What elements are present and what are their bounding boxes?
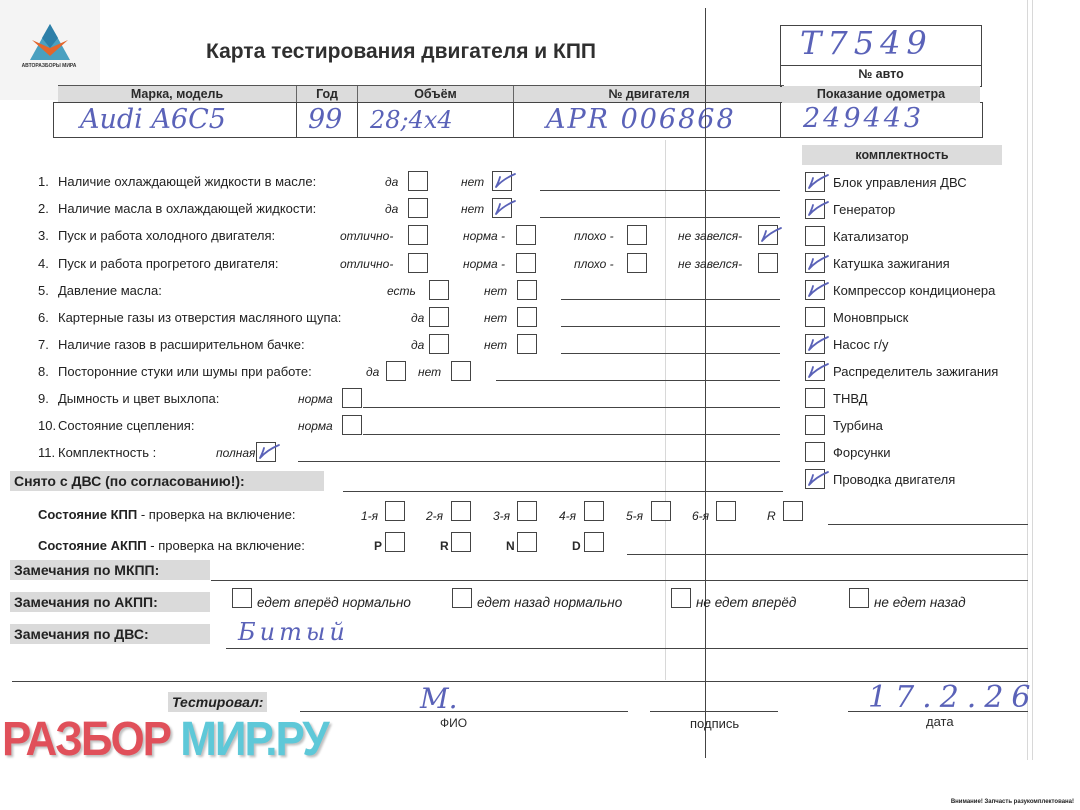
check-6-option-2-checkbox[interactable] — [517, 307, 537, 327]
date-label: дата — [926, 714, 954, 729]
check-number: 10. — [38, 418, 58, 433]
completeness-item: Распределитель зажигания — [833, 364, 998, 379]
akpp-gear-label: P — [374, 539, 382, 553]
signature-line[interactable] — [650, 711, 778, 712]
gear-label: 1-я — [361, 509, 378, 523]
kpp-gear-3-checkbox[interactable] — [517, 501, 537, 521]
check-number: 4. — [38, 256, 58, 271]
check-8-option-2-checkbox[interactable] — [451, 361, 471, 381]
check-3-option-1-checkbox[interactable] — [408, 225, 428, 245]
option-label: да — [385, 175, 398, 189]
option-label: нет — [484, 311, 507, 325]
completeness-item: Моновпрыск — [833, 310, 908, 325]
odometer-value[interactable]: 249443 — [803, 103, 924, 134]
col-volume: Объём — [358, 86, 513, 103]
akpp-remark-label: не едет назад — [874, 595, 966, 610]
signature-label: подпись — [690, 716, 739, 731]
check-row-3: 3.Пуск и работа холодного двигателя: — [38, 228, 275, 243]
check-5-option-1-checkbox[interactable] — [429, 280, 449, 300]
akpp-remark-4-checkbox[interactable] — [849, 588, 869, 608]
completeness-item: Форсунки — [833, 445, 890, 460]
fold-line — [705, 8, 706, 758]
option-label: норма — [298, 392, 333, 406]
check-notes-line[interactable] — [298, 461, 780, 462]
option-label: нет — [484, 284, 507, 298]
akpp-remark-3-checkbox[interactable] — [671, 588, 691, 608]
akpp-gear-label: D — [572, 539, 581, 553]
option-label: норма - — [463, 229, 505, 243]
completeness-item: Турбина — [833, 418, 883, 433]
completeness-checkbox-10[interactable] — [805, 415, 825, 435]
watermark-red: РАЗБОР — [2, 712, 170, 766]
check-1-option-1-checkbox[interactable] — [408, 171, 428, 191]
check-label: Наличие охлаждающей жидкости в масле: — [58, 174, 316, 189]
check-number: 9. — [38, 391, 58, 406]
check-number: 3. — [38, 228, 58, 243]
check-notes-line[interactable] — [540, 190, 780, 191]
check-number: 2. — [38, 201, 58, 216]
logo-text: АВТОРАЗБОРЫ МИРА — [14, 63, 84, 69]
kpp-gear-6-checkbox[interactable] — [716, 501, 736, 521]
removed-line[interactable] — [343, 491, 783, 492]
kpp-gear-1-checkbox[interactable] — [385, 501, 405, 521]
col-engine-number: № двигателя — [514, 86, 784, 103]
check-row-11: 11.Комплектность : — [38, 445, 156, 460]
watermark: РАЗБОР МИР.РУ — [2, 712, 328, 767]
completeness-title: комплектность — [802, 145, 1002, 165]
option-label: нет — [418, 365, 441, 379]
fio-label: ФИО — [440, 716, 467, 730]
gear-label: 2-я — [426, 509, 443, 523]
check-label: Комплектность : — [58, 445, 156, 460]
option-label: нет — [461, 175, 484, 189]
check-4-option-2-checkbox[interactable] — [516, 253, 536, 273]
akpp-remark-label: едет вперёд нормально — [257, 595, 411, 610]
option-label: норма - — [463, 257, 505, 271]
option-label: нет — [484, 338, 507, 352]
check-7-option-1-checkbox[interactable] — [429, 334, 449, 354]
warning-text: Внимание! Запчасть разукомплектована! — [951, 799, 1074, 805]
option-label: да — [411, 311, 424, 325]
akpp-remarks-label: Замечания по АКПП: — [10, 592, 210, 612]
fio-line[interactable] — [300, 711, 628, 712]
tested-by-label: Тестировал: — [168, 692, 267, 712]
akpp-gear-2-checkbox[interactable] — [451, 532, 471, 552]
check-number: 8. — [38, 364, 58, 379]
check-row-6: 6.Картерные газы из отверстия масляного … — [38, 310, 341, 325]
option-label: отлично- — [340, 229, 393, 243]
kpp-gear-4-checkbox[interactable] — [584, 501, 604, 521]
watermark-blue: МИР.РУ — [180, 712, 327, 766]
check-notes-line[interactable] — [561, 326, 780, 327]
check-row-10: 10.Состояние сцепления: — [38, 418, 194, 433]
completeness-checkbox-8[interactable] — [805, 361, 825, 381]
check-notes-line[interactable] — [496, 380, 780, 381]
check-notes-line[interactable] — [363, 407, 780, 408]
check-label: Наличие газов в расширительном бачке: — [58, 337, 305, 352]
option-label: плохо - — [574, 229, 614, 243]
removed-label: Снято с ДВС (по согласованию!): — [10, 471, 324, 491]
check-row-7: 7.Наличие газов в расширительном бачке: — [38, 337, 305, 352]
volume-value[interactable]: 28;4x4 — [370, 106, 453, 134]
option-label: да — [366, 365, 379, 379]
check-row-2: 2.Наличие масла в охлаждающей жидкости: — [38, 201, 316, 216]
check-row-9: 9.Дымность и цвет выхлопа: — [38, 391, 219, 406]
check-notes-line[interactable] — [363, 434, 780, 435]
completeness-checkbox-5[interactable] — [805, 280, 825, 300]
check-1-option-2-checkbox[interactable] — [492, 171, 512, 191]
check-3-option-3-checkbox[interactable] — [627, 225, 647, 245]
kpp-notes-line[interactable] — [828, 524, 1028, 525]
page-title: Карта тестирования двигателя и КПП — [206, 40, 596, 64]
engine-number-value[interactable]: APR 006868 — [546, 104, 736, 135]
check-3-option-2-checkbox[interactable] — [516, 225, 536, 245]
akpp-gear-4-checkbox[interactable] — [584, 532, 604, 552]
dvs-remarks-line[interactable] — [226, 648, 1028, 649]
check-4-option-1-checkbox[interactable] — [408, 253, 428, 273]
kpp-label: Состояние КПП - проверка на включение: — [38, 507, 295, 522]
check-row-4: 4.Пуск и работа прогретого двигателя: — [38, 256, 278, 271]
check-9-option-1-checkbox[interactable] — [342, 388, 362, 408]
completeness-checkbox-1[interactable] — [805, 172, 825, 192]
completeness-item: Генератор — [833, 202, 895, 217]
kpp-gear-7-checkbox[interactable] — [783, 501, 803, 521]
logo-mountain-icon — [28, 22, 72, 62]
check-row-8: 8.Посторонние стуки или шумы при работе: — [38, 364, 312, 379]
check-4-option-3-checkbox[interactable] — [627, 253, 647, 273]
option-label: да — [385, 202, 398, 216]
akpp-notes-line[interactable] — [627, 554, 1028, 555]
fio-value[interactable]: М. — [420, 682, 458, 715]
option-label: плохо - — [574, 257, 614, 271]
gear-label: 6-я — [692, 509, 709, 523]
col-make-model: Марка, модель — [58, 86, 296, 103]
completeness-checkbox-2[interactable] — [805, 199, 825, 219]
option-label: полная — [216, 446, 255, 460]
check-label: Картерные газы из отверстия масляного щу… — [58, 310, 341, 325]
gear-label: 3-я — [493, 509, 510, 523]
check-label: Дымность и цвет выхлопа: — [58, 391, 219, 406]
completeness-checkbox-12[interactable] — [805, 469, 825, 489]
check-number: 6. — [38, 310, 58, 325]
check-2-option-2-checkbox[interactable] — [492, 198, 512, 218]
completeness-item: Проводка двигателя — [833, 472, 955, 487]
check-number: 1. — [38, 174, 58, 189]
gear-label: 4-я — [559, 509, 576, 523]
check-5-option-2-checkbox[interactable] — [517, 280, 537, 300]
akpp-label: Состояние АКПП - проверка на включение: — [38, 538, 305, 553]
akpp-gear-label: R — [440, 539, 449, 553]
akpp-remark-label: едет назад нормально — [477, 595, 622, 610]
mkpp-remarks-line[interactable] — [211, 580, 1028, 581]
check-notes-line[interactable] — [561, 299, 780, 300]
auto-number-value[interactable]: T7549 — [800, 24, 933, 62]
completeness-item: Блок управления ДВС — [833, 175, 967, 190]
check-6-option-1-checkbox[interactable] — [429, 307, 449, 327]
option-label: есть — [387, 284, 416, 298]
odometer-label: Показание одометра — [782, 86, 980, 103]
akpp-gear-3-checkbox[interactable] — [517, 532, 537, 552]
completeness-checkbox-9[interactable] — [805, 388, 825, 408]
completeness-item: Насос г/у — [833, 337, 888, 352]
option-label: отлично- — [340, 257, 393, 271]
check-label: Состояние сцепления: — [58, 418, 194, 433]
akpp-remark-label: не едет вперёд — [696, 595, 796, 610]
gear-label: 5-я — [626, 509, 643, 523]
date-value[interactable]: 17.2.26 — [868, 680, 1039, 715]
check-11-option-1-checkbox[interactable] — [256, 442, 276, 462]
check-notes-line[interactable] — [540, 217, 780, 218]
option-label: не завелся- — [678, 229, 742, 243]
check-number: 7. — [38, 337, 58, 352]
completeness-item: ТНВД — [833, 391, 868, 406]
check-row-1: 1.Наличие охлаждающей жидкости в масле: — [38, 174, 316, 189]
option-label: норма — [298, 419, 333, 433]
completeness-checkbox-6[interactable] — [805, 307, 825, 327]
check-number: 11. — [38, 445, 58, 460]
akpp-gear-1-checkbox[interactable] — [385, 532, 405, 552]
year-value[interactable]: 99 — [308, 104, 342, 135]
completeness-item: Катализатор — [833, 229, 909, 244]
option-label: нет — [461, 202, 484, 216]
completeness-checkbox-11[interactable] — [805, 442, 825, 462]
check-label: Давление масла: — [58, 283, 162, 298]
completeness-checkbox-3[interactable] — [805, 226, 825, 246]
dvs-remarks-label: Замечания по ДВС: — [10, 624, 210, 644]
check-3-option-4-checkbox[interactable] — [758, 225, 778, 245]
check-label: Пуск и работа холодного двигателя: — [58, 228, 275, 243]
check-8-option-1-checkbox[interactable] — [386, 361, 406, 381]
col-year: Год — [297, 86, 357, 103]
completeness-checkbox-4[interactable] — [805, 253, 825, 273]
completeness-item: Катушка зажигания — [833, 256, 950, 271]
check-label: Пуск и работа прогретого двигателя: — [58, 256, 278, 271]
auto-number-label: № авто — [782, 67, 980, 81]
completeness-item: Компрессор кондиционера — [833, 283, 995, 298]
check-label: Наличие масла в охлаждающей жидкости: — [58, 201, 316, 216]
kpp-gear-2-checkbox[interactable] — [451, 501, 471, 521]
akpp-remark-1-checkbox[interactable] — [232, 588, 252, 608]
check-2-option-1-checkbox[interactable] — [408, 198, 428, 218]
option-label: не завелся- — [678, 257, 742, 271]
option-label: да — [411, 338, 424, 352]
check-row-5: 5.Давление масла: — [38, 283, 162, 298]
akpp-remark-2-checkbox[interactable] — [452, 588, 472, 608]
gear-label: R — [767, 509, 776, 523]
check-label: Посторонние стуки или шумы при работе: — [58, 364, 312, 379]
mkpp-remarks-label: Замечания по МКПП: — [10, 560, 210, 580]
akpp-gear-label: N — [506, 539, 515, 553]
check-7-option-2-checkbox[interactable] — [517, 334, 537, 354]
dvs-remarks-value[interactable]: Битый — [238, 618, 349, 646]
kpp-gear-5-checkbox[interactable] — [651, 501, 671, 521]
check-number: 5. — [38, 283, 58, 298]
completeness-checkbox-7[interactable] — [805, 334, 825, 354]
check-4-option-4-checkbox[interactable] — [758, 253, 778, 273]
check-notes-line[interactable] — [561, 353, 780, 354]
make-model-value[interactable]: Audi A6C5 — [80, 104, 226, 135]
check-10-option-1-checkbox[interactable] — [342, 415, 362, 435]
